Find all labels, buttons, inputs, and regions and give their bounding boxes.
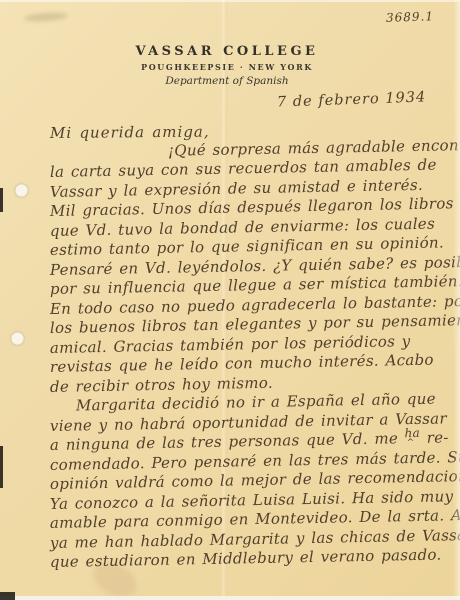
punch-hole-bottom bbox=[11, 332, 24, 345]
letterhead-department: Department of Spanish bbox=[0, 75, 454, 87]
scanned-letter: 3689.1 VASSAR COLLEGE POUGHKEEPSIE · NEW… bbox=[0, 0, 460, 600]
scan-edge-mark bbox=[0, 446, 3, 488]
scan-edge-right bbox=[453, 0, 460, 600]
scan-edge-top bbox=[0, 0, 460, 2]
letterhead-location: POUGHKEEPSIE · NEW YORK bbox=[0, 62, 454, 72]
scan-edge-bottom bbox=[0, 596, 460, 600]
archive-number: 3689.1 bbox=[386, 9, 434, 25]
insertion-post-text: re- bbox=[420, 428, 449, 447]
date-line: 7 de febrero 1934 bbox=[277, 89, 427, 110]
letter-body: Mi querida amiga, ¡Qué sorpresa más agra… bbox=[50, 124, 452, 573]
letterhead: VASSAR COLLEGE POUGHKEEPSIE · NEW YORK D… bbox=[0, 44, 454, 87]
scan-edge-mark bbox=[0, 592, 15, 600]
scan-edge-mark bbox=[0, 188, 3, 212]
inserted-word: ha^ bbox=[404, 429, 420, 447]
punch-hole-top bbox=[15, 184, 28, 197]
caret-mark: ^ bbox=[407, 438, 415, 448]
letterhead-college-name: VASSAR COLLEGE bbox=[0, 44, 454, 59]
smudge-top-left bbox=[24, 11, 68, 22]
